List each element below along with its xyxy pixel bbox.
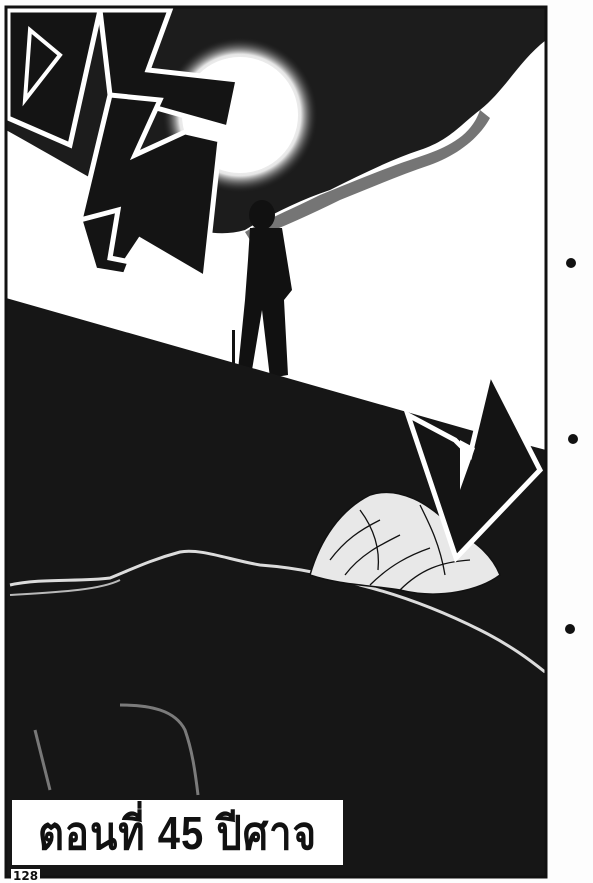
chapter-title: ตอนที่ 45 ปีศาจ bbox=[38, 796, 317, 870]
binding-hole-icon bbox=[568, 434, 578, 444]
panel-artwork bbox=[0, 0, 593, 883]
comic-panel bbox=[0, 0, 593, 883]
page-number: 128 bbox=[11, 869, 40, 883]
chapter-title-box: ตอนที่ 45 ปีศาจ bbox=[12, 800, 343, 865]
manga-page: ตอนที่ 45 ปีศาจ 128 bbox=[0, 0, 593, 883]
binding-hole-icon bbox=[566, 258, 576, 268]
binding-hole-icon bbox=[565, 624, 575, 634]
